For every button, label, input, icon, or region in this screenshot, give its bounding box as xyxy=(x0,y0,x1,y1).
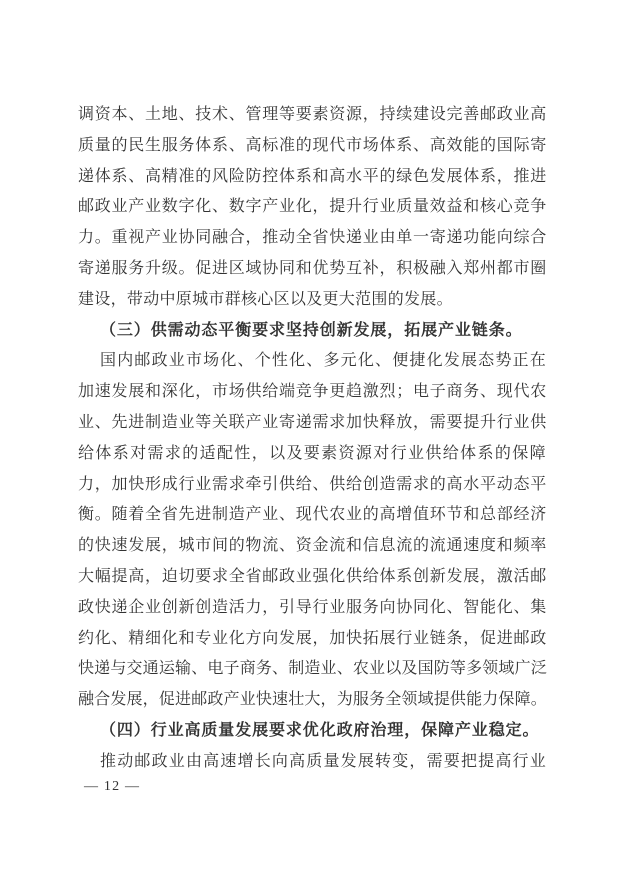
section-heading-4: （四）行业高质量发展要求优化政府治理，保障产业稳定。 xyxy=(78,716,562,747)
text-line: 寄递服务升级。促进区域协同和优势互补，积极融入郑州都市圈 xyxy=(78,254,562,285)
text-line: 融合发展，促进邮政产业快速壮大，为服务全领域提供能力保障。 xyxy=(78,685,562,716)
text-line: 力。重视产业协同融合，推动全省快递业由单一寄递功能向综合 xyxy=(78,223,562,254)
text-line: 质量的民生服务体系、高标准的现代市场体系、高效能的国际寄 xyxy=(78,131,562,162)
document-page: 调资本、土地、技术、管理等要素资源，持续建设完善邮政业高 质量的民生服务体系、高… xyxy=(0,0,621,877)
text-line: 快递与交通运输、电子商务、制造业、农业以及国防等多领域广泛 xyxy=(78,654,562,685)
text-line: 的快速发展，城市间的物流、资金流和信息流的流通速度和频率 xyxy=(78,531,562,562)
text-line: 调资本、土地、技术、管理等要素资源，持续建设完善邮政业高 xyxy=(78,100,562,131)
text-line: 建设，带动中原城市群核心区以及更大范围的发展。 xyxy=(78,285,562,316)
text-line: 国内邮政业市场化、个性化、多元化、便捷化发展态势正在 xyxy=(78,346,562,377)
text-line: 邮政业产业数字化、数字产业化，提升行业质量效益和核心竞争 xyxy=(78,192,562,223)
text-line: 递体系、高精准的风险防控体系和高水平的绿色发展体系，推进 xyxy=(78,162,562,193)
text-line: 大幅提高，迫切要求全省邮政业强化供给体系创新发展，激活邮 xyxy=(78,562,562,593)
text-line: 给体系对需求的适配性，以及要素资源对行业供给体系的保障 xyxy=(78,439,562,470)
text-line: 力，加快形成行业需求牵引供给、供给创造需求的高水平动态平 xyxy=(78,470,562,501)
text-line: 约化、精细化和专业化方向发展，加快拓展行业链条，促进邮政 xyxy=(78,624,562,655)
text-line: 加速发展和深化，市场供给端竞争更趋激烈；电子商务、现代农 xyxy=(78,377,562,408)
page-number-footer: — 12 — xyxy=(84,779,140,795)
text-line: 衡。随着全省先进制造产业、现代农业的高增值环节和总部经济 xyxy=(78,500,562,531)
text-line: 业、先进制造业等关联产业寄递需求加快释放，需要提升行业供 xyxy=(78,408,562,439)
text-line: 政快递企业创新创造活力，引导行业服务向协同化、智能化、集 xyxy=(78,593,562,624)
section-heading-3: （三）供需动态平衡要求坚持创新发展，拓展产业链条。 xyxy=(78,316,562,347)
page-body: 调资本、土地、技术、管理等要素资源，持续建设完善邮政业高 质量的民生服务体系、高… xyxy=(78,100,562,778)
text-line: 推动邮政业由高速增长向高质量发展转变，需要把提高行业 xyxy=(78,747,562,778)
